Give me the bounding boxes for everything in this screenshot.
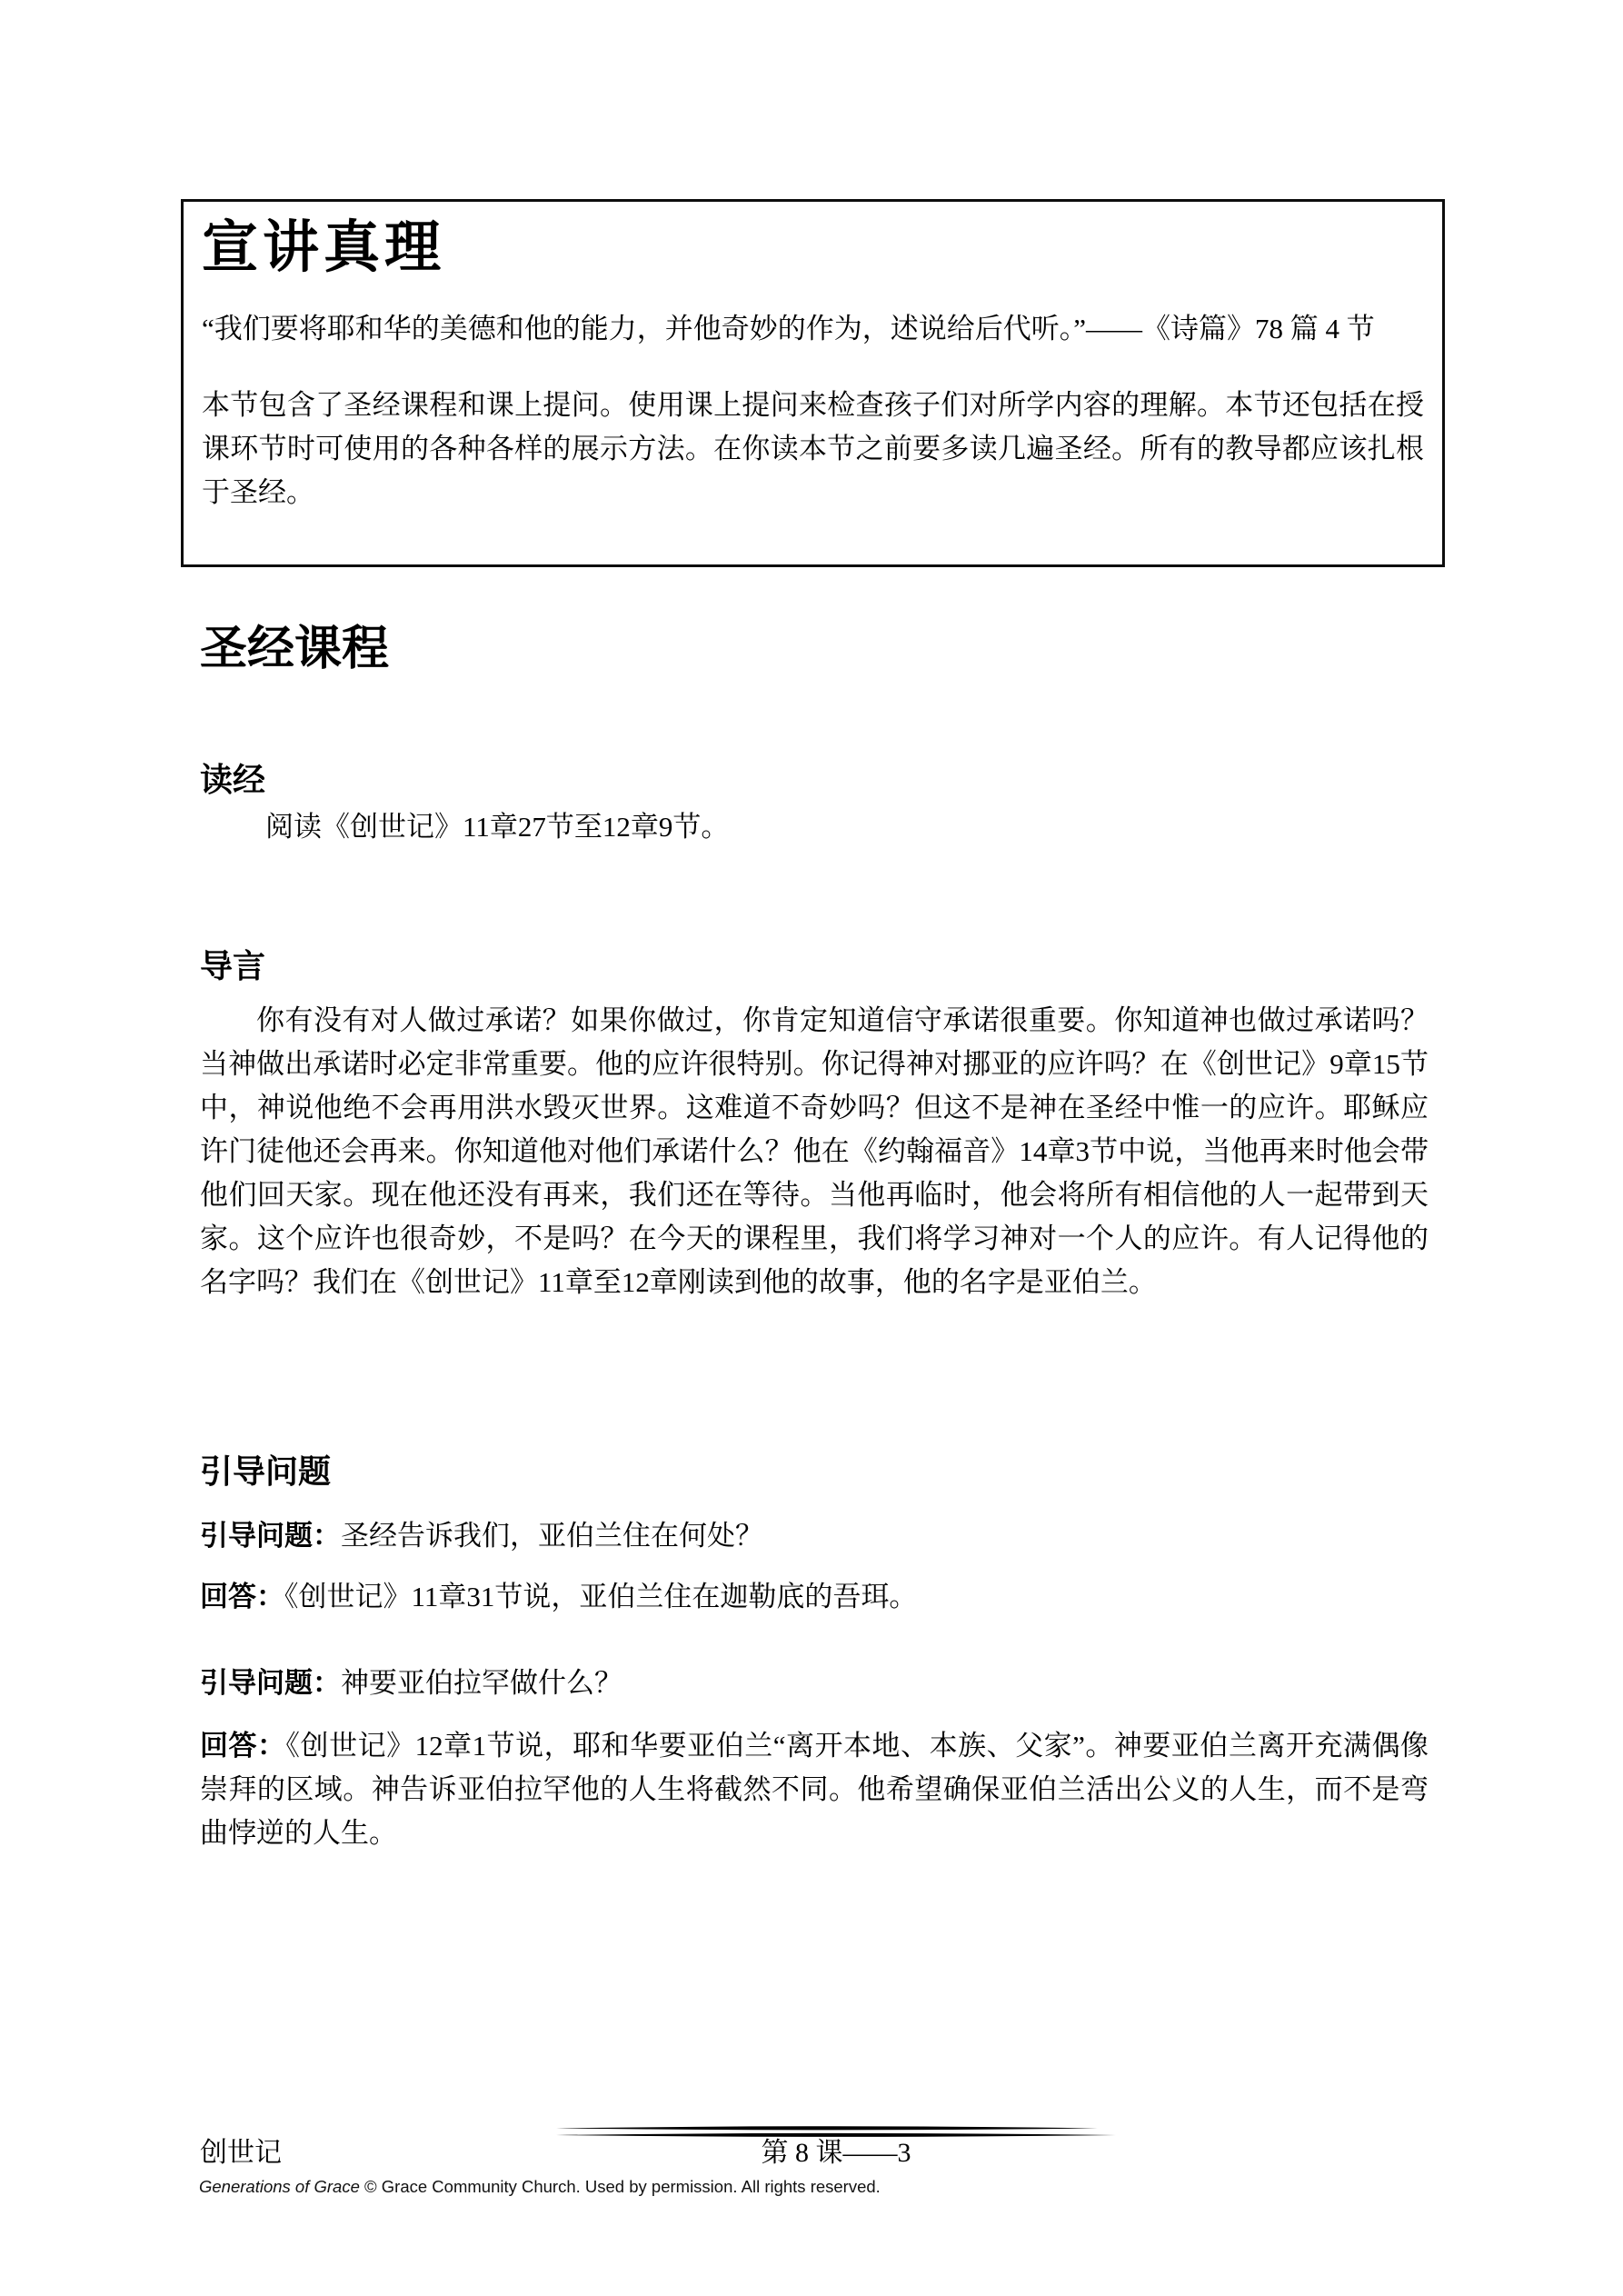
question-1-text: 圣经告诉我们，亚伯兰住在何处？ [341,1520,763,1552]
subsection-reading-heading: 读经 [200,759,265,801]
question-2-text: 神要亚伯拉罕做什么？ [341,1667,622,1699]
answer-1-text: 《创世记》11章31节说，亚伯兰住在迦勒底的吾珥。 [284,1581,917,1612]
section-title-bible-lesson: 圣经课程 [200,621,389,679]
answer-1-label: 回答： [200,1581,284,1612]
intro-paragraph: 你有没有对人做过承诺？如果你做过，你肯定知道信守承诺很重要。你知道神也做过承诺吗… [200,999,1429,1304]
footer-copyright-text: © Grace Community Church. Used by permis… [360,2177,881,2196]
answer-2-text: 《创世记》12章1节说，耶和华要亚伯兰“离开本地、本族、父家”。神要亚伯兰离开充… [200,1730,1429,1849]
box-description: 本节包含了圣经课程和课上提问。使用课上提问来检查孩子们对所学内容的理解。本节还包… [202,384,1424,514]
answer-2-label: 回答： [200,1730,286,1762]
footer-book-title: 创世记 [200,2136,282,2171]
box-title: 宣讲真理 [202,213,1424,284]
scripture-quote: “我们要将耶和华的美德和他的能力，并他奇妙的作为，述说给后代听。”——《诗篇》7… [202,307,1424,351]
subsection-questions-heading: 引导问题 [200,1451,331,1492]
subsection-intro-heading: 导言 [200,945,265,987]
question-1: 引导问题：圣经告诉我们，亚伯兰住在何处？ [200,1514,1429,1558]
document-page: 宣讲真理 “我们要将耶和华的美德和他的能力，并他奇妙的作为，述说给后代听。”——… [0,0,1623,2296]
footer-copyright-series: Generations of Grace [199,2177,360,2196]
footer-copyright: Generations of Grace © Grace Community C… [199,2176,881,2198]
answer-2: 回答：《创世记》12章1节说，耶和华要亚伯兰“离开本地、本族、父家”。神要亚伯兰… [200,1724,1429,1855]
question-2-label: 引导问题： [200,1667,341,1699]
proclaim-truth-box: 宣讲真理 “我们要将耶和华的美德和他的能力，并他奇妙的作为，述说给后代听。”——… [181,199,1445,567]
question-1-label: 引导问题： [200,1520,341,1552]
question-2: 引导问题：神要亚伯拉罕做什么？ [200,1662,1429,1705]
footer-page-number: 第 8 课——3 [554,2136,1118,2171]
reading-instruction: 阅读《创世记》11章27节至12章9节。 [200,805,1429,849]
answer-1: 回答：《创世记》11章31节说，亚伯兰住在迦勒底的吾珥。 [200,1575,1429,1619]
